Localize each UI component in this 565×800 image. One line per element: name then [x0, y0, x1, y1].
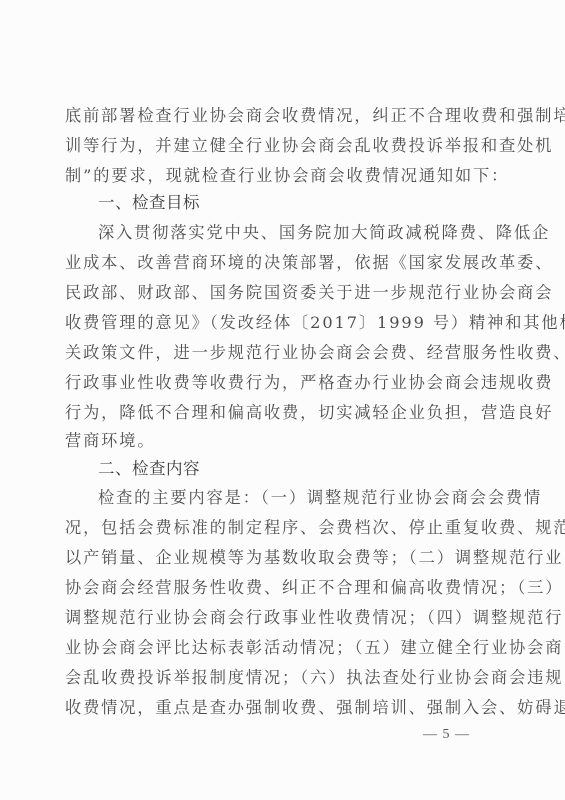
- paragraph-line: 训等行为，并建立健全行业协会商会乱收费投诉举报和查处机: [65, 136, 477, 156]
- paragraph-line: 收费管理的意见》（发改经体〔2017〕1999 号）精神和其他相: [65, 313, 477, 333]
- section-heading-objective: 一、检查目标: [98, 193, 200, 213]
- paragraph-line: 调整规范行业协会商会行政事业性收费情况；（四）调整规范行: [65, 608, 477, 628]
- paragraph-line: 业协会商会评比达标表彰活动情况；（五）建立健全行业协会商: [65, 638, 477, 658]
- paragraph-line: 行政事业性收费等收费行为，严格查办行业协会商会违规收费: [65, 373, 477, 393]
- paragraph-line: 协会商会经营服务性收费、纠正不合理和偏高收费情况；（三）: [65, 578, 477, 598]
- paragraph-line: 深入贯彻落实党中央、国务院加大简政减税降费、降低企: [98, 223, 477, 243]
- paragraph-line: 行为，降低不合理和偏高收费，切实减轻企业负担，营造良好: [65, 403, 477, 423]
- document-page: 底前部署检查行业协会商会收费情况，纠正不合理收费和强制培 训等行为，并建立健全行…: [0, 0, 565, 800]
- page-number: — 5 —: [423, 727, 470, 743]
- paragraph-line: 业成本、改善营商环境的决策部署，依据《国家发展改革委、: [65, 253, 477, 273]
- paragraph-line: 关政策文件，进一步规范行业协会商会会费、经营服务性收费、: [65, 343, 477, 363]
- paragraph-line: 制”的要求，现就检查行业协会商会收费情况通知如下：: [65, 166, 477, 186]
- paragraph-line: 以产销量、企业规模等为基数收取会费等；（二）调整规范行业: [65, 548, 477, 568]
- paragraph-line: 检查的主要内容是：（一）调整规范行业协会商会会费情: [98, 488, 477, 508]
- paragraph-line: 况，包括会费标准的制定程序、会费档次、停止重复收费、规范: [65, 518, 477, 538]
- section-heading-content: 二、检查内容: [98, 459, 200, 479]
- paragraph-line: 底前部署检查行业协会商会收费情况，纠正不合理收费和强制培: [65, 106, 477, 126]
- paragraph-line: 营商环境。: [65, 431, 477, 451]
- paragraph-line: 民政部、财政部、国务院国资委关于进一步规范行业协会商会: [65, 283, 477, 303]
- paragraph-line: 会乱收费投诉举报制度情况；（六）执法查处行业协会商会违规: [65, 668, 477, 688]
- paragraph-line: 收费情况，重点是查办强制收费、强制培训、强制入会、妨碍退: [65, 698, 477, 718]
